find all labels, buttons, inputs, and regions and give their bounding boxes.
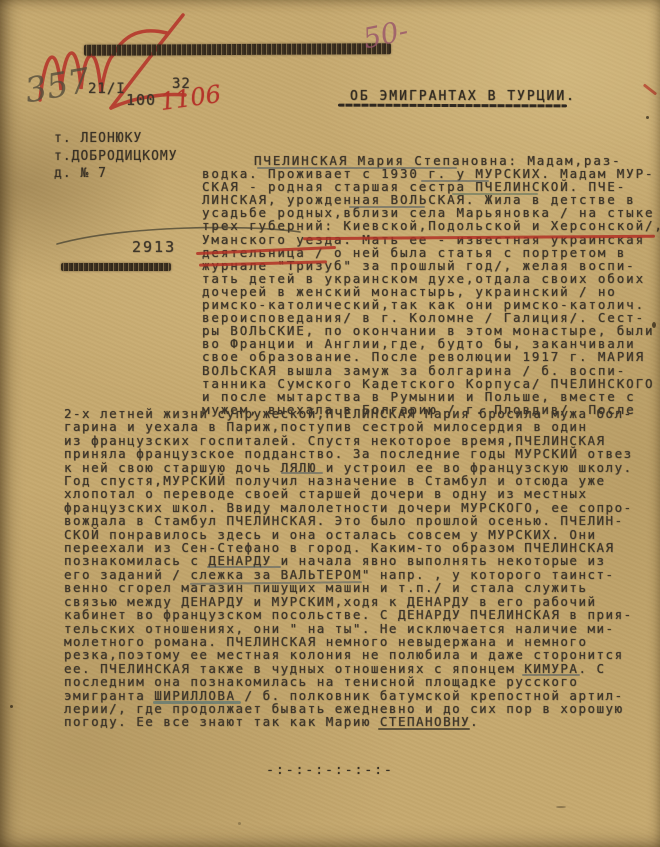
- body-line: вождала в Стамбул ПЧЕЛИНСКАЯ. Это было п…: [64, 514, 660, 527]
- strikeout-bar-margin: [61, 263, 171, 271]
- body-line: переехали из Сен-Стефано в город. Каким-…: [64, 541, 660, 554]
- body-line: Год спустя,МУРСКИЙ получил назначение в …: [64, 474, 660, 487]
- body-column-lower: 2-х летней жизни супружеской,ПЧЕЛИНСКАЯ …: [64, 407, 660, 729]
- purple-price-mark: 50-: [360, 14, 411, 56]
- body-line: связью между ДЕНАРДУ и МУРСКИМ,ходя к ДЕ…: [64, 595, 660, 608]
- recipient-line: д. № 7: [54, 165, 178, 183]
- body-line: погоду. Ее все знают так как Марию СТЕПА…: [64, 715, 660, 728]
- scan-speck: [556, 806, 566, 808]
- typed-number-100: 100: [126, 91, 156, 109]
- body-line: и после мытарства в Румынии и Польше, вм…: [202, 390, 660, 403]
- underline-murskikh: [421, 180, 489, 182]
- body-line: тать детей в украинском духе,отдала свои…: [202, 272, 660, 285]
- typed-date: 21/I: [88, 81, 126, 97]
- underline-kimura: [522, 674, 580, 676]
- body-line: 2-х летней жизни супружеской,ПЧЕЛИНСКАЯ …: [64, 407, 660, 420]
- body-line: эмигранта ШИРИЛЛОВА / б. полковник батум…: [64, 689, 660, 702]
- underline-pchelinskoy: [452, 193, 538, 195]
- document-title: ОБ ЭМИГРАНТАХ В ТУРЦИИ.: [350, 89, 576, 104]
- body-line: гарина и уехала в Париж,поступив сестрой…: [64, 420, 660, 433]
- underline-pchelinskaya-name: [257, 167, 457, 169]
- body-line: танника Сумского Кадетского Корпуса/ ПЧЕ…: [202, 377, 660, 390]
- body-line: французских школ. Ввиду малолетности доч…: [64, 501, 660, 514]
- underline-stepanovnu: [378, 728, 470, 730]
- scan-speck: [652, 322, 656, 328]
- title-underline: [338, 104, 567, 108]
- body-line: молетного романа. ПЧЕЛИНСКАЯ немного нев…: [64, 635, 660, 648]
- underline-lyalyu: [281, 472, 323, 474]
- body-line: приняла французское подданство. За после…: [64, 447, 660, 460]
- body-line: резка,поэтому ее местная колония не полю…: [64, 648, 660, 661]
- scan-speck: [238, 822, 241, 825]
- body-column-upper: ПЧЕЛИНСКАЯ Мария Степановна: Мадам,раз-в…: [202, 154, 660, 416]
- body-line: СКОЙ понравилось здесь и она осталась со…: [64, 528, 660, 541]
- body-line: ВОЛЬСКАЯ вышла замуж за болгарина / б. в…: [202, 364, 660, 377]
- footer-separator: -:-:-:-:-:-:-: [0, 763, 660, 778]
- scan-speck: [646, 116, 649, 119]
- underline-shirillova: [153, 701, 241, 704]
- recipient-line: т. ЛЕОНЮКУ: [54, 130, 178, 148]
- body-line: журнале "Тризуб" за прошлый год/, желая …: [202, 259, 660, 272]
- strikeout-bar-top: [84, 43, 391, 56]
- body-line: последним она познакомилась на тенисной …: [64, 675, 660, 688]
- body-line: деятельница / о ней была статья с портре…: [202, 246, 660, 259]
- body-line: тельских отношениях, они " на ты". Не ис…: [64, 622, 660, 635]
- scan-speck: [10, 705, 13, 708]
- body-line: познакомилась с ДЕНАРДУ и начала явно вы…: [64, 554, 660, 567]
- body-line: трех губерний: Киевской,Подольской и Хер…: [202, 219, 660, 232]
- body-line: кабинет во французском посольстве. С ДЕН…: [64, 608, 660, 621]
- body-line: венно сгорел магазин пишущих машин и т.п…: [64, 581, 660, 594]
- body-line: его заданий / слежка за ВАЛЬТЕРОМ" напр.…: [64, 568, 660, 581]
- document-page: 357 21/I 32 100 1106 50- 2913 ОБ ЭМИГРАН…: [0, 0, 660, 847]
- body-line: хлопотал о переводе своей старшей дочери…: [64, 487, 660, 500]
- recipients-block: т. ЛЕОНЮКУ т.ДОБРОДИЦКОМУ д. № 7: [54, 130, 178, 183]
- recipient-line: т.ДОБРОДИЦКОМУ: [54, 148, 178, 166]
- red-tick-mark: [643, 83, 657, 95]
- underline-denardu: [207, 566, 281, 568]
- underline-volskaya: [349, 206, 425, 208]
- body-line: свое образование. После революции 1917 г…: [202, 350, 660, 363]
